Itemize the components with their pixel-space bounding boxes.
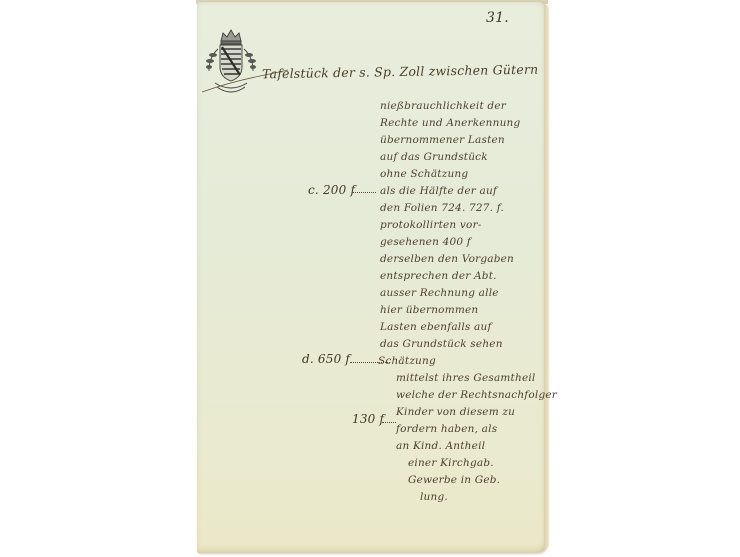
- body-line: das Grundstück sehen: [380, 338, 503, 350]
- body-line: ausser Rechnung alle: [380, 287, 499, 299]
- margin-amount: c. 200 f: [308, 183, 355, 197]
- leader-dash: [382, 422, 396, 423]
- body-line: hier übernommen: [380, 304, 478, 316]
- body-line: fordern haben, als: [396, 423, 497, 435]
- body-line: Kinder von diesem zu: [396, 406, 515, 418]
- body-line: Rechte und Anerkennung: [380, 117, 520, 129]
- margin-amount: 130 f: [352, 412, 384, 426]
- page-number: 31.: [486, 10, 509, 26]
- body-line: an Kind. Antheil: [396, 440, 485, 452]
- body-line: übernommener Lasten: [380, 134, 505, 146]
- body-line: nießbrauchlichkeit der: [380, 100, 506, 112]
- leader-dash: [350, 362, 390, 363]
- body-line: derselben den Vorgaben: [380, 253, 514, 265]
- margin-amount: d. 650 f: [302, 352, 350, 366]
- body-line: mittelst ihres Gesamtheil: [396, 372, 535, 384]
- body-line: als die Hälfte der auf: [380, 185, 497, 197]
- leader-dash: [352, 192, 376, 193]
- body-line: Lasten ebenfalls auf: [380, 321, 492, 333]
- body-line: gesehenen 400 f: [380, 236, 471, 248]
- body-line: Gewerbe in Geb.: [408, 474, 500, 486]
- body-line: einer Kirchgab.: [408, 457, 494, 469]
- body-line: welche der Rechtsnachfolger: [396, 389, 557, 401]
- body-line: lung.: [420, 491, 448, 503]
- body-line: ohne Schätzung: [380, 168, 468, 180]
- body-line: den Folien 724. 727. f.: [380, 202, 504, 214]
- body-line: protokollirten vor-: [380, 219, 482, 231]
- body-line: entsprechen der Abt.: [380, 270, 497, 282]
- body-line: auf das Grundstück: [380, 151, 488, 163]
- body-line: Schätzung: [378, 355, 436, 367]
- page-right-edge: [544, 4, 549, 549]
